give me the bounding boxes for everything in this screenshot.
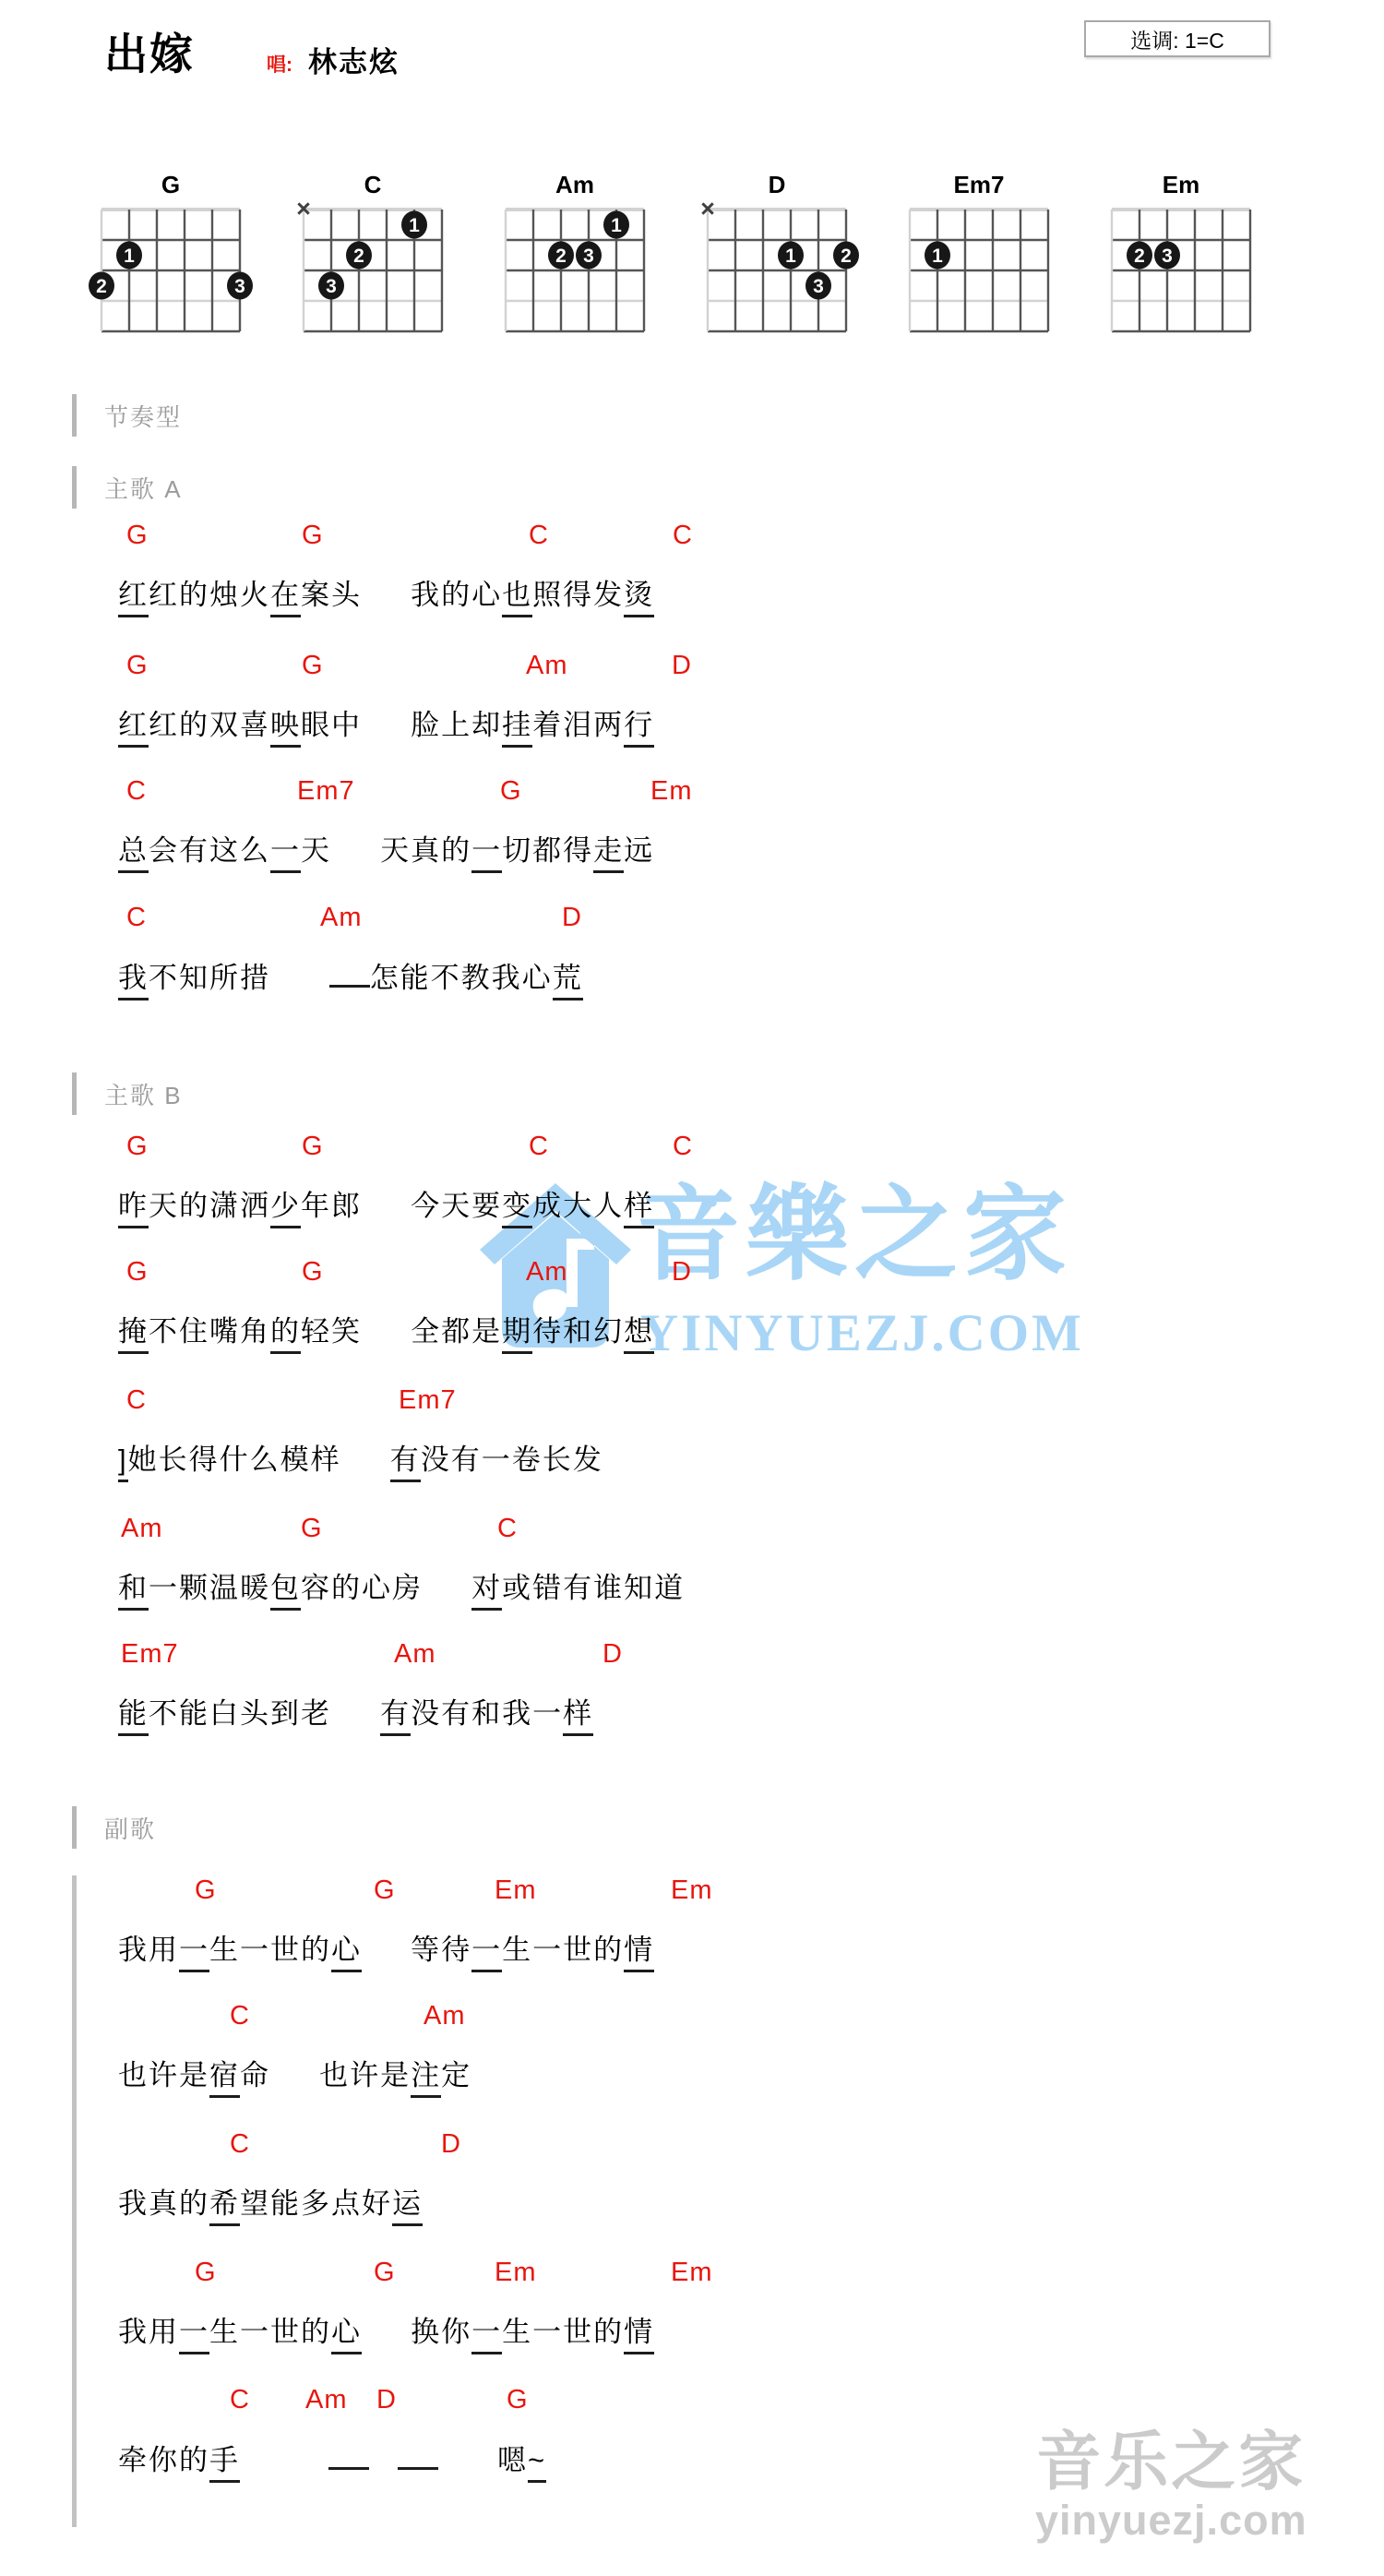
lyric-line-6: 掩不住嘴角的轻笑 全都是期待和幻想	[118, 1317, 654, 1346]
underlined-lyric: 一	[471, 1934, 502, 1972]
section-label-verse-a: 主歌 A	[72, 466, 183, 509]
underlined-lyric: 宿	[209, 2059, 240, 2098]
chord-label: G	[302, 653, 324, 679]
chord-label: G	[126, 522, 149, 549]
underlined-lyric: 心	[331, 2316, 362, 2354]
underlined-lyric: ~	[528, 2444, 546, 2483]
chord-label: C	[126, 1387, 147, 1414]
chord-label: C	[497, 1516, 518, 1542]
svg-text:3: 3	[234, 276, 245, 297]
underlined-lyric: 行	[624, 709, 654, 748]
corner-watermark-brand: 音乐之家	[1035, 2429, 1307, 2494]
chord-label: G	[195, 1877, 217, 1904]
chord-label: G	[301, 1516, 323, 1542]
chord-grid: ×123	[283, 193, 466, 352]
underlined-lyric: 变	[502, 1190, 532, 1228]
chorus-left-bar	[72, 1875, 77, 2527]
singer-label: 唱:	[267, 50, 292, 78]
lyric-line-10: 我用一生一世的心 等待一生一世的情	[118, 1935, 654, 1964]
svg-text:1: 1	[611, 215, 622, 236]
chord-sheet-page: 音樂之家 YINYUEZJ.COM 音乐之家 yinyuezj.com 出嫁 唱…	[0, 0, 1384, 2576]
svg-text:1: 1	[124, 246, 135, 267]
underlined-lyric: 心	[331, 1934, 362, 1972]
underlined-lyric: 注	[411, 2059, 441, 2098]
svg-text:2: 2	[1134, 246, 1145, 267]
chord-label: Am	[394, 1641, 436, 1668]
svg-text:2: 2	[555, 246, 567, 267]
underlined-lyric: 一	[270, 834, 301, 873]
underlined-lyric: 的	[270, 1315, 301, 1354]
underlined-lyric: 有	[390, 1444, 421, 1482]
chord-label: G	[374, 2259, 396, 2286]
chord-label: Am	[526, 1259, 568, 1286]
chord-grid: ×123	[687, 193, 870, 352]
lyric-line-5: 昨天的潇洒少年郎 今天要变成大人样	[118, 1192, 654, 1220]
underlined-lyric: 我	[118, 962, 149, 1000]
underlined-lyric: 映	[270, 709, 301, 748]
muted-string-x-icon: ×	[700, 195, 715, 222]
chord-label: G	[374, 1877, 396, 1904]
lyric-line-8: 和一颗温暖包容的心房 对或错有谁知道	[118, 1574, 685, 1602]
chord-grid: 1	[889, 193, 1072, 352]
chord-label: G	[500, 778, 522, 805]
underlined-lyric: 情	[624, 2316, 654, 2354]
chord-label: D	[441, 2131, 461, 2158]
corner-watermark: 音乐之家 yinyuezj.com	[1035, 2429, 1307, 2548]
chord-diagram-am: Am123	[506, 210, 644, 332]
chord-label: D	[562, 905, 582, 931]
chord-label: G	[126, 653, 149, 679]
chord-label: C	[529, 1133, 549, 1160]
chord-label: G	[195, 2259, 217, 2286]
underlined-lyric: ]	[118, 1444, 128, 1482]
chord-label: C	[529, 522, 549, 549]
chord-label: Am	[320, 905, 363, 931]
underlined-lyric: 包	[270, 1572, 301, 1611]
svg-text:2: 2	[353, 246, 364, 267]
section-label-chorus: 副歌	[72, 1806, 156, 1849]
chord-label: Am	[526, 653, 568, 679]
underlined-lyric: 荒	[553, 962, 583, 1000]
svg-text:3: 3	[583, 246, 594, 267]
underlined-lyric: 挂	[502, 709, 532, 748]
chord-label: Em	[671, 1877, 713, 1904]
chord-label: D	[672, 1259, 692, 1286]
chord-label: Em	[650, 778, 693, 805]
chord-label: G	[126, 1259, 149, 1286]
chord-grid: 123	[485, 193, 668, 352]
chord-grid: 123	[81, 193, 264, 352]
chord-label: Em	[495, 2259, 537, 2286]
lyric-line-3: 总会有这么一天 天真的一切都得走远	[118, 836, 654, 865]
lyric-line-11: 也许是宿命 也许是注定	[118, 2061, 471, 2090]
underlined-lyric: 有	[380, 1697, 411, 1736]
watermark-brand-text: 音樂之家	[637, 1178, 1072, 1291]
muted-string-x-icon: ×	[296, 195, 311, 222]
underlined-lyric: 能	[118, 1697, 149, 1736]
chord-diagram-em: Em23	[1112, 210, 1250, 332]
watermark-site-text: YINYUEZJ.COM	[640, 1303, 1084, 1363]
underlined-lyric: 也	[502, 579, 532, 617]
chord-label: C	[230, 2131, 250, 2158]
lyric-line-1: 红红的烛火在案头 我的心也照得发烫	[118, 581, 654, 609]
blank-underline	[398, 2445, 438, 2470]
underlined-lyric: 昨	[118, 1190, 149, 1228]
blank-underline	[329, 963, 370, 988]
lyric-line-9: 能不能白头到老 有没有和我一样	[118, 1699, 593, 1728]
key-select-label: 选调: 1=C	[1130, 24, 1224, 54]
svg-text:3: 3	[1162, 246, 1173, 267]
underlined-lyric: 掩	[118, 1315, 149, 1354]
chord-diagram-c: C×123	[304, 210, 442, 332]
chord-label: G	[302, 1133, 324, 1160]
lyric-line-13: 我用一生一世的心 换你一生一世的情	[118, 2318, 654, 2346]
chord-label: G	[126, 1133, 149, 1160]
svg-text:1: 1	[932, 246, 943, 267]
chord-label: Am	[424, 2003, 466, 2030]
underlined-lyric: 想	[624, 1315, 654, 1354]
underlined-lyric: 一	[179, 2316, 209, 2354]
chord-label: G	[302, 1259, 324, 1286]
underlined-lyric: 样	[624, 1190, 654, 1228]
song-title: 出嫁	[104, 20, 195, 82]
chord-label: Am	[121, 1516, 163, 1542]
chord-grid: 23	[1092, 193, 1274, 352]
svg-text:1: 1	[785, 246, 796, 267]
underlined-lyric: 烫	[624, 579, 654, 617]
artist-name: 林志炫	[308, 39, 400, 80]
underlined-lyric: 手	[209, 2444, 240, 2483]
chord-label: Em7	[121, 1641, 179, 1668]
underlined-lyric: 红	[118, 579, 149, 617]
chord-label: G	[302, 522, 324, 549]
underlined-lyric: 红	[118, 709, 149, 748]
chord-label: C	[230, 2003, 250, 2030]
underlined-lyric: 一	[471, 834, 502, 873]
underlined-lyric: 期	[502, 1315, 532, 1354]
underlined-lyric: 一	[179, 1934, 209, 1972]
corner-watermark-site: yinyuezj.com	[1035, 2494, 1307, 2548]
chord-label: Em	[671, 2259, 713, 2286]
chord-label: C	[230, 2387, 250, 2414]
lyric-line-7: ]她长得什么模样 有没有一卷长发	[118, 1445, 603, 1474]
chord-label: D	[603, 1641, 623, 1668]
svg-text:2: 2	[96, 276, 107, 297]
lyric-line-12: 我真的希望能多点好运	[118, 2189, 423, 2218]
lyric-line-14: 牵你的手 嗯~	[118, 2445, 546, 2474]
chord-label: C	[126, 905, 147, 931]
section-label-rhythm: 节奏型	[72, 394, 182, 437]
chord-label: Em7	[399, 1387, 457, 1414]
blank-underline	[328, 2445, 369, 2470]
underlined-lyric: 情	[624, 1934, 654, 1972]
underlined-lyric: 少	[270, 1190, 301, 1228]
chord-label: Em7	[297, 778, 355, 805]
underlined-lyric: 样	[563, 1697, 593, 1736]
lyric-line-4: 我不知所措 怎能不教我心荒	[118, 963, 583, 992]
chord-label: Am	[305, 2387, 348, 2414]
underlined-lyric: 运	[392, 2187, 423, 2226]
underlined-lyric: 希	[209, 2187, 240, 2226]
chord-label: D	[672, 653, 692, 679]
key-select-box[interactable]: 选调: 1=C	[1084, 20, 1271, 57]
underlined-lyric: 和	[118, 1572, 149, 1611]
chord-label: Em	[495, 1877, 537, 1904]
chord-diagram-em7: Em71	[910, 210, 1048, 332]
chord-diagram-g: G123	[101, 210, 240, 332]
svg-text:1: 1	[409, 215, 420, 236]
svg-text:3: 3	[326, 276, 337, 297]
chord-label: G	[507, 2387, 529, 2414]
lyric-line-2: 红红的双喜映眼中 脸上却挂着泪两行	[118, 711, 654, 739]
chord-diagram-d: D×123	[708, 210, 846, 332]
chord-label: C	[673, 1133, 693, 1160]
svg-text:3: 3	[813, 276, 824, 297]
chord-label: C	[673, 522, 693, 549]
underlined-lyric: 在	[270, 579, 301, 617]
section-label-verse-b: 主歌 B	[72, 1072, 183, 1115]
svg-text:2: 2	[841, 246, 852, 267]
underlined-lyric: 总	[118, 834, 149, 873]
underlined-lyric: 对	[471, 1572, 502, 1611]
underlined-lyric: 走	[593, 834, 624, 873]
chord-label: C	[126, 778, 147, 805]
chord-label: D	[376, 2387, 397, 2414]
underlined-lyric: 一	[471, 2316, 502, 2354]
